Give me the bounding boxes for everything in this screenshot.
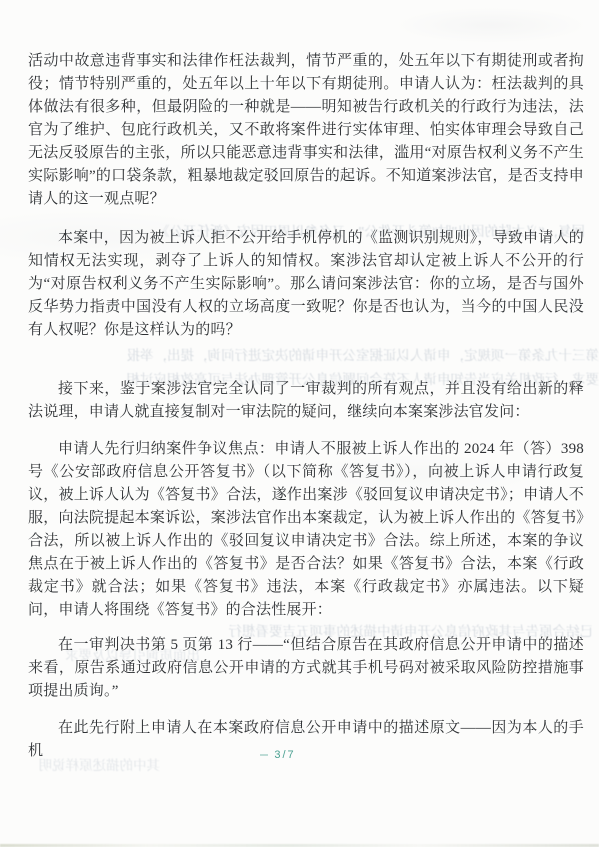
document-body: 活动中故意违背事实和法律作枉法裁判，情节严重的，处五年以下有期徒刑或者拘役；情节… — [28, 50, 584, 763]
paragraph-case-knowledge-right: 本案中，因为被上诉人拒不公开给手机停机的《监测识别规则》，导致申请人的知情权无法… — [28, 227, 584, 342]
paragraph-judgment-quote: 在一审判决书第 5 页第 13 行——“但结合原告在其政府信息公开申请中的描述来… — [28, 634, 584, 703]
page-number: 3/7 — [28, 749, 528, 761]
paragraph-dispute-focus: 申请人先行归纳案件争议焦点：申请人不服被上诉人作出的 2024 年（答）398 … — [28, 438, 584, 622]
paragraph-next-questions: 接下来，鉴于案涉法官完全认同了一审裁判的所有观点，并且没有给出新的释法说理，申请… — [28, 378, 584, 424]
scanned-document-page: 回复，“义太陆的因出”时“第斗开件公”，又名参以周田因安《新任开公》 第三十九条… — [0, 0, 599, 847]
paragraph-continuation: 活动中故意违背事实和法律作枉法裁判，情节严重的，处五年以下有期徒刑或者拘役；情节… — [28, 50, 584, 211]
